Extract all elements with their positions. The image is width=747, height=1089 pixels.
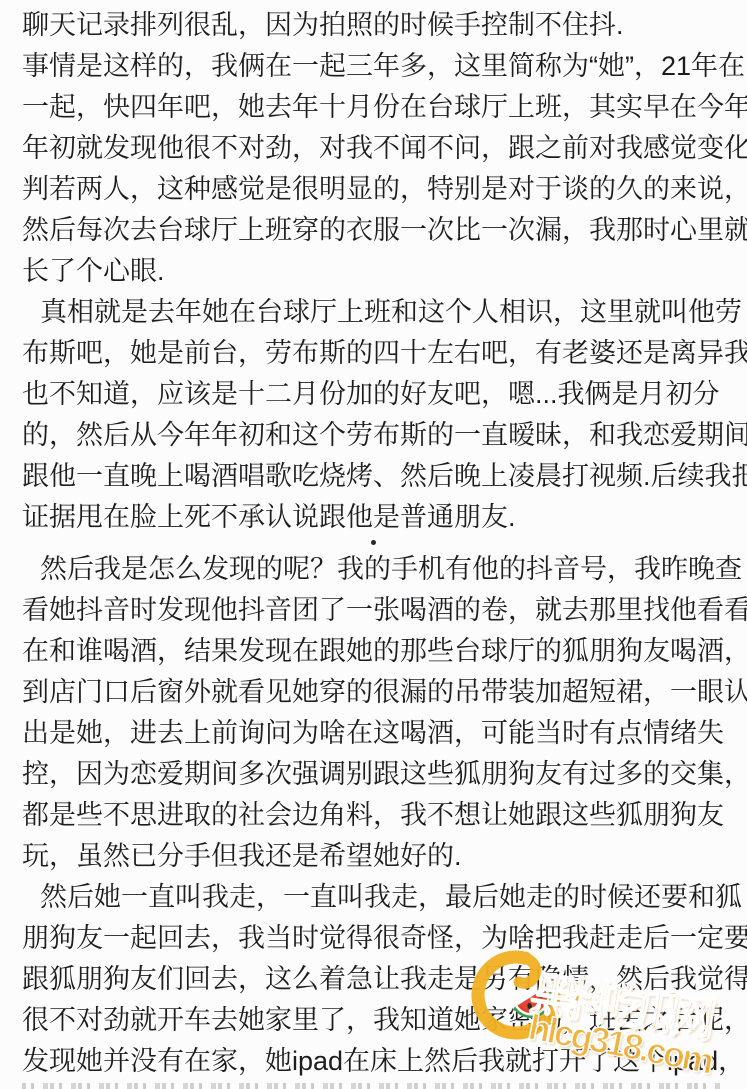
text-line: 然后每次去台球厅上班穿的衣服一次比一次漏，我那时心里就 [22, 210, 734, 251]
text-line: 年初就发现他很不对劲，对我不闻不问，跟之前对我感觉变化 [22, 128, 734, 169]
text-line: 很不对劲就开车去她家里了，我知道她家密码，进去之后呢， [22, 1000, 734, 1041]
photo-of-text-page: 聊天记录排列很乱，因为拍照的时候手控制不住抖.事情是这样的，我俩在一起三年多，这… [0, 0, 747, 1089]
text-line: 跟他一直晚上喝酒唱歌吃烧烤、然后晚上凌晨打视频.后续我把 [22, 456, 734, 497]
text-line: 到店门口后窗外就看见她穿的很漏的吊带装加超短裙，一眼认 [22, 672, 734, 713]
text-line: 在和谁喝酒，结果发现在跟她的那些台球厅的狐朋狗友喝酒， [22, 631, 734, 672]
text-line: 出是她，进去上前询问为啥在这喝酒，可能当时有点情绪失 [22, 713, 734, 754]
text-line: 朋狗友一起回去，我当时觉得很奇怪，为啥把我赶走后一定要 [22, 918, 734, 959]
text-line: 一起，快四年吧，她去年十月份在台球厅上班，其实早在今年 [22, 87, 734, 128]
text-line: 真相就是去年她在台球厅上班和这个人相识，这里就叫他劳 [22, 292, 734, 333]
text-line: 判若两人，这种感觉是很明显的，特别是对于谈的久的来说， [22, 169, 734, 210]
text-line: 的，然后从今年年初和这个劳布斯的一直暧昧，和我恋爱期间 [22, 415, 734, 456]
text-line: 也不知道，应该是十二月份加的好友吧，嗯...我俩是月初分 [22, 374, 734, 415]
text-line: 证据甩在脸上死不承认说跟他是普通朋友. [22, 497, 734, 538]
text-line: 看她抖音时发现他抖音团了一张喝酒的卷，就去那里找他看看 [22, 590, 734, 631]
paragraph-separator-dot [22, 540, 734, 549]
text-line: 聊天记录排列很乱，因为拍照的时候手控制不住抖. [22, 5, 734, 46]
text-line: 控，因为恋爱期间多次强调别跟这些狐朋狗友有过多的交集， [22, 754, 734, 795]
text-line: 然后我是怎么发现的呢？我的手机有他的抖音号，我昨晚查 [22, 549, 734, 590]
text-line: 玩，虽然已分手但我还是希望她好的. [22, 836, 734, 877]
cutoff-text-line [22, 1083, 722, 1089]
text-line: 都是些不思进取的社会边角料，我不想让她跟这些狐朋狗友 [22, 795, 734, 836]
text-line: 发现她并没有在家，她ipad在床上然后我就打开了这个ipad， [22, 1041, 734, 1082]
text-line: 跟狐朋狗友们回去，这么着急让我走是另有隐情，然后我觉得 [22, 959, 734, 1000]
text-line: 布斯吧，她是前台，劳布斯的四十左右吧，有老婆还是离异我 [22, 333, 734, 374]
text-line: 事情是这样的，我俩在一起三年多，这里简称为“她”，21年在 [22, 46, 734, 87]
text-line: 长了个心眼. [22, 251, 734, 292]
separator-dot [371, 540, 376, 545]
article-text: 聊天记录排列很乱，因为拍照的时候手控制不住抖.事情是这样的，我俩在一起三年多，这… [22, 5, 734, 1089]
text-line: 然后她一直叫我走，一直叫我走，最后她走的时候还要和狐 [22, 877, 734, 918]
